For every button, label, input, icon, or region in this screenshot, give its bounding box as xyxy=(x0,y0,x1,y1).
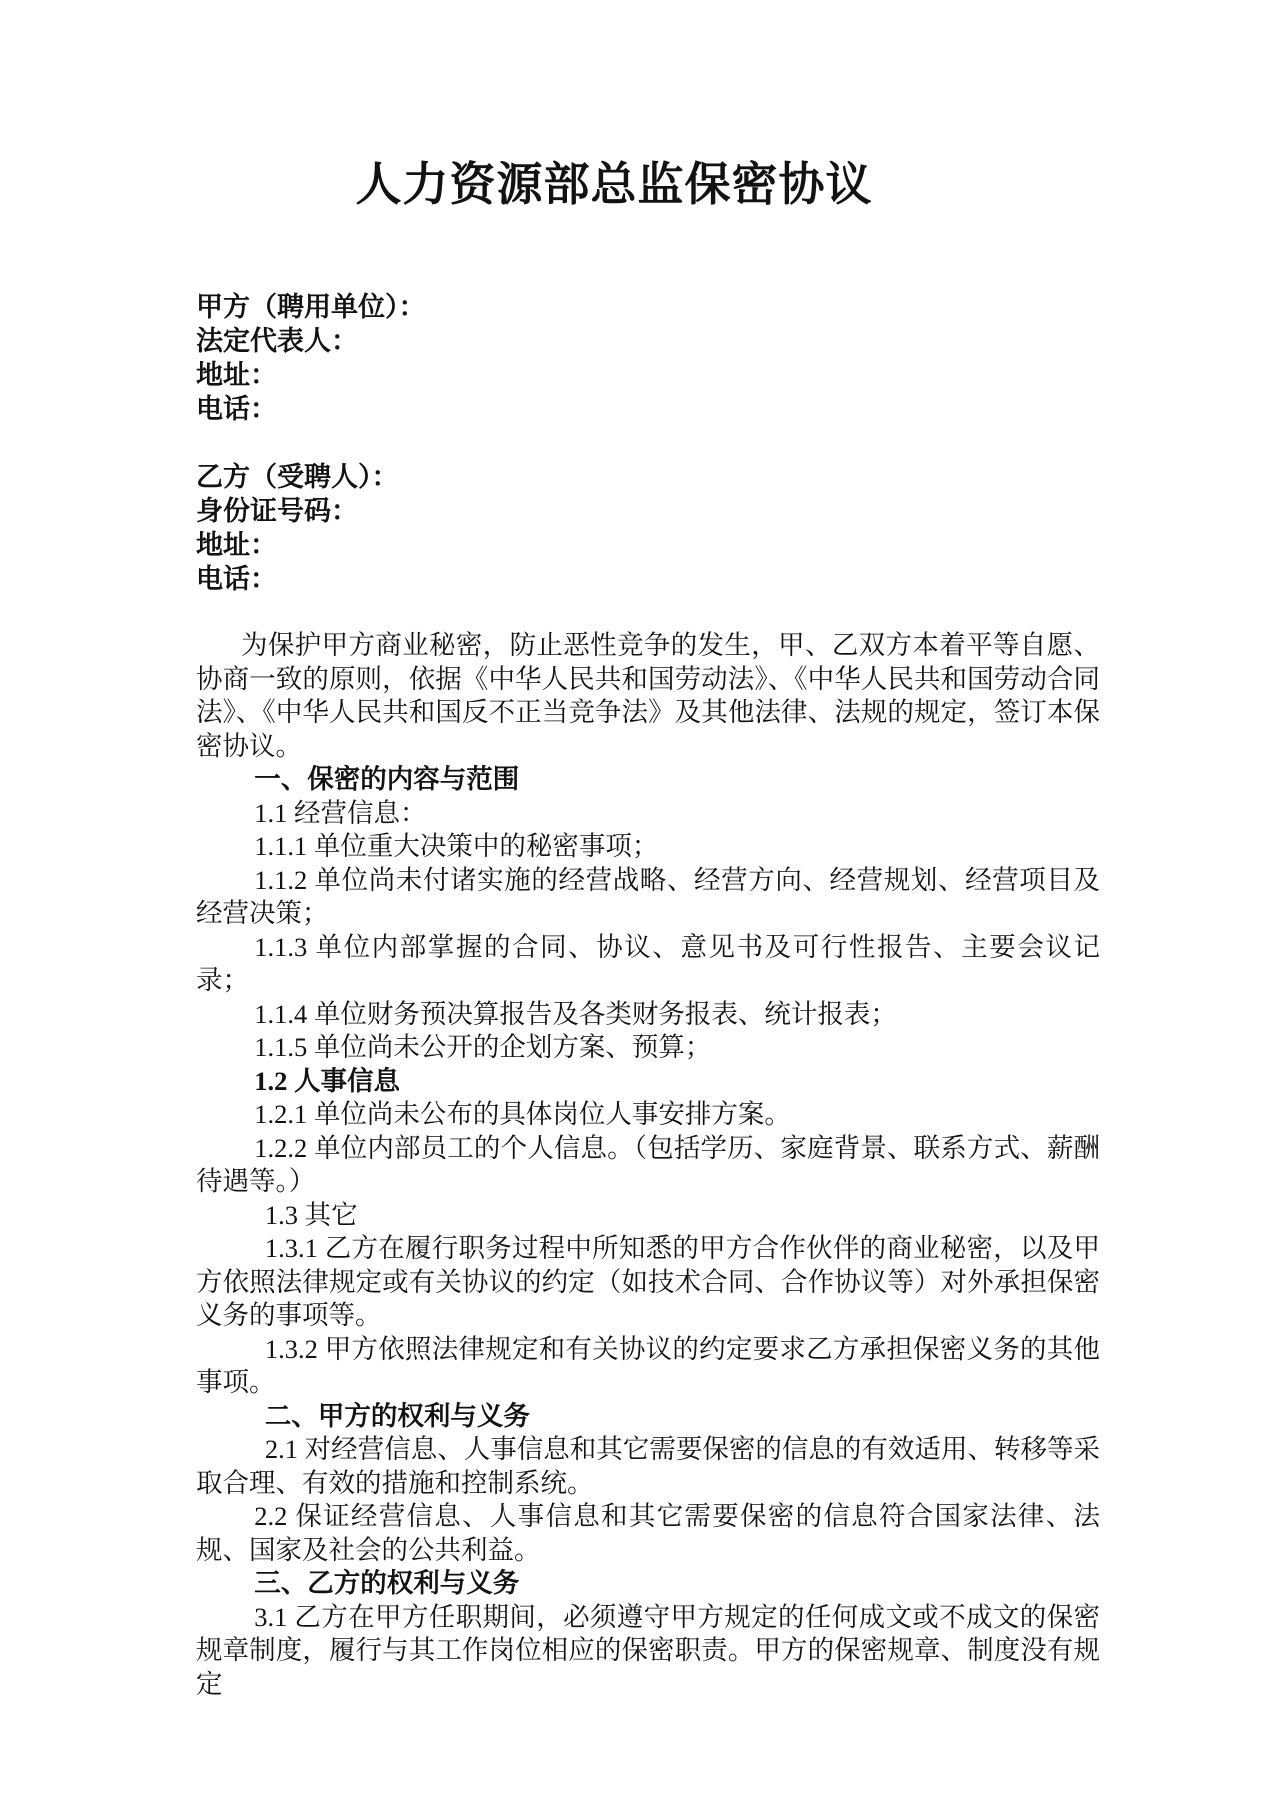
clause-1-1-2: 1.1.2 单位尚未付诸实施的经营战略、经营方向、经营规划、经营项目及经营决策； xyxy=(196,864,1100,931)
section-2-heading: 二、甲方的权利与义务 xyxy=(196,1400,1100,1434)
party-b-person-label: 乙方（受聘人）： xyxy=(196,460,1100,494)
clause-1-1-4: 1.1.4 单位财务预决算报告及各类财务报表、统计报表； xyxy=(196,998,1100,1032)
party-b-id-number-label: 身份证号码： xyxy=(196,494,1100,528)
party-a-phone-label: 电话： xyxy=(196,392,1100,426)
party-a-block: 甲方（聘用单位）： 法定代表人： 地址： 电话： xyxy=(196,290,1100,426)
clause-1-3-1: 1.3.1 乙方在履行职务过程中所知悉的甲方合作伙伴的商业秘密，以及甲方依照法律… xyxy=(196,1232,1100,1333)
clause-1-1-1: 1.1.1 单位重大决策中的秘密事项； xyxy=(196,830,1100,864)
document-content: 人力资源部总监保密协议 甲方（聘用单位）： 法定代表人： 地址： 电话： 乙方（… xyxy=(196,0,1100,1701)
party-b-phone-label: 电话： xyxy=(196,562,1100,596)
intro-paragraph: 为保护甲方商业秘密，防止恶性竞争的发生，甲、乙双方本着平等自愿、协商一致的原则，… xyxy=(196,629,1100,763)
clause-1-2-1: 1.2.1 单位尚未公布的具体岗位人事安排方案。 xyxy=(196,1098,1100,1132)
clause-1-2-2: 1.2.2 单位内部员工的个人信息。（包括学历、家庭背景、联系方式、薪酬待遇等。… xyxy=(196,1132,1100,1199)
agreement-body: 为保护甲方商业秘密，防止恶性竞争的发生，甲、乙双方本着平等自愿、协商一致的原则，… xyxy=(196,629,1100,1701)
clause-2-2: 2.2 保证经营信息、人事信息和其它需要保密的信息符合国家法律、法规、国家及社会… xyxy=(196,1500,1100,1567)
section-3-heading: 三、乙方的权利与义务 xyxy=(196,1567,1100,1601)
clause-1-1-3: 1.1.3 单位内部掌握的合同、协议、意见书及可行性报告、主要会议记录； xyxy=(196,931,1100,998)
clause-2-1: 2.1 对经营信息、人事信息和其它需要保密的信息的有效适用、转移等采取合理、有效… xyxy=(196,1433,1100,1500)
section-1-heading: 一、保密的内容与范围 xyxy=(196,763,1100,797)
clause-3-1: 3.1 乙方在甲方任职期间，必须遵守甲方规定的任何成文或不成文的保密规章制度，履… xyxy=(196,1601,1100,1702)
party-a-legal-rep-label: 法定代表人： xyxy=(196,324,1100,358)
clause-1-1: 1.1 经营信息： xyxy=(196,797,1100,831)
party-a-address-label: 地址： xyxy=(196,358,1100,392)
document-page: 人力资源部总监保密协议 甲方（聘用单位）： 法定代表人： 地址： 电话： 乙方（… xyxy=(0,0,1280,1810)
party-b-address-label: 地址： xyxy=(196,528,1100,562)
party-b-block: 乙方（受聘人）： 身份证号码： 地址： 电话： xyxy=(196,460,1100,596)
clause-1-3-2: 1.3.2 甲方依照法律规定和有关协议的约定要求乙方承担保密义务的其他事项。 xyxy=(196,1333,1100,1400)
document-title: 人力资源部总监保密协议 xyxy=(162,160,1066,210)
clause-1-1-5: 1.1.5 单位尚未公开的企划方案、预算； xyxy=(196,1031,1100,1065)
clause-1-3-heading: 1.3 其它 xyxy=(196,1199,1100,1233)
clause-1-2-heading: 1.2 人事信息 xyxy=(196,1065,1100,1099)
party-a-company-label: 甲方（聘用单位）： xyxy=(196,290,1100,324)
